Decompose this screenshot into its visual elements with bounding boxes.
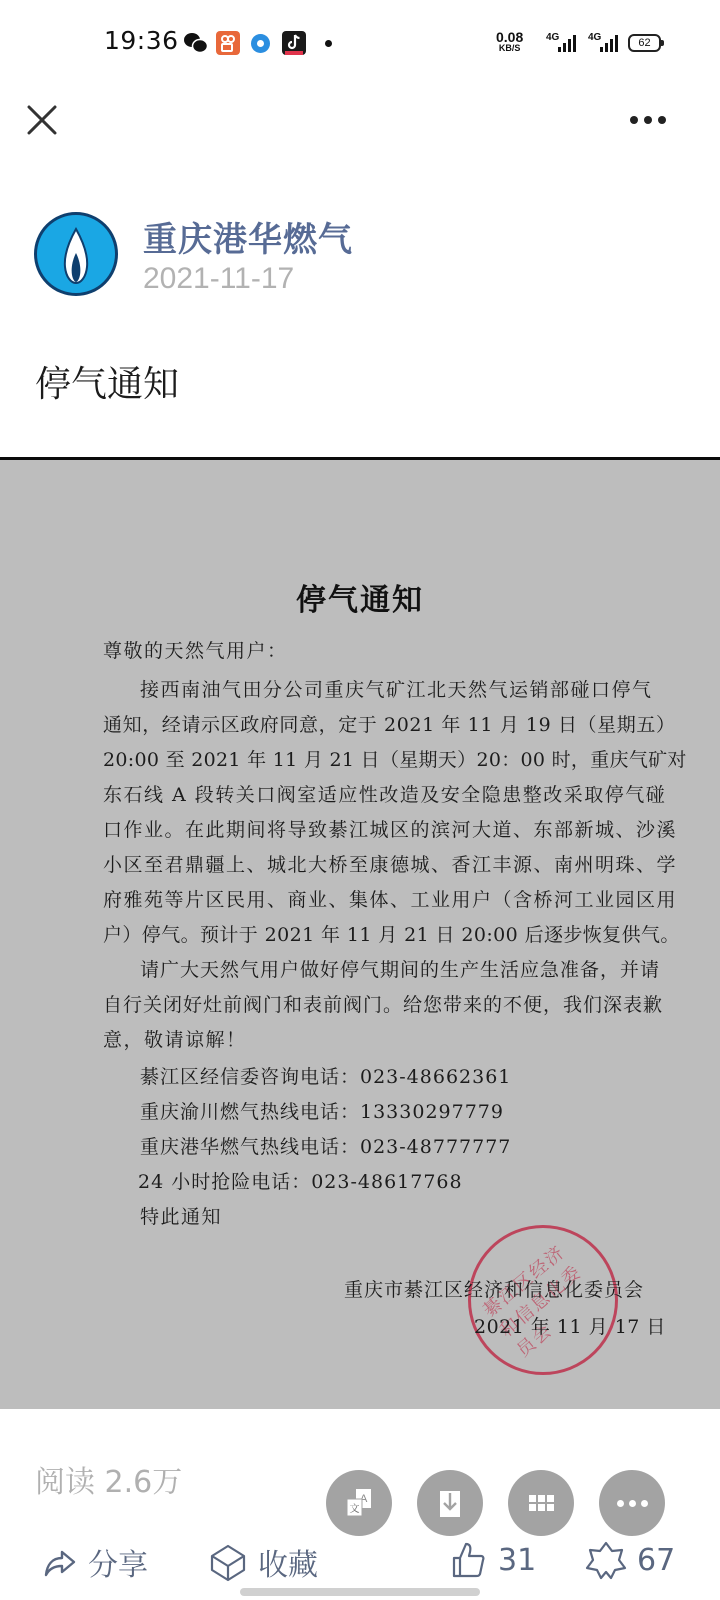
translate-button[interactable]: A 文 <box>326 1470 392 1536</box>
favorite-button[interactable]: 收藏 <box>208 1540 318 1584</box>
document-line: 接西南油气田分公司重庆气矿江北天然气运销部碰口停气 <box>140 675 653 702</box>
notice-document-image[interactable]: 停气通知 尊敬的天然气用户： 接西南油气田分公司重庆气矿江北天然气运销部碰口停气… <box>0 457 720 1409</box>
battery-icon: 62 <box>628 34 661 52</box>
favorite-cube-icon <box>208 1542 248 1582</box>
document-line: 府雅苑等片区民用、商业、集体、工业用户（含桥河工业园区用 <box>103 885 677 912</box>
document-line: 意，敬请谅解！ <box>103 1025 247 1052</box>
status-bar: 19:36 0.08 KB/S 4G 4G 62 <box>0 0 720 80</box>
signature-date: 2021 年 11 月 17 日 <box>474 1312 666 1339</box>
contact-line: 重庆港华燃气热线电话：023-48777777 <box>140 1132 511 1159</box>
wow-button[interactable]: 67 <box>585 1540 675 1580</box>
close-icon <box>24 102 60 138</box>
tiktok-icon <box>282 31 306 55</box>
apps-button[interactable] <box>508 1470 574 1536</box>
network-speed: 0.08 KB/S <box>496 30 523 53</box>
like-button[interactable]: 31 <box>448 1540 536 1580</box>
more-button[interactable] <box>624 105 672 135</box>
post-date: 2021-11-17 <box>143 262 294 296</box>
document-line: 户）停气。预计于 2021 年 11 月 21 日 20:00 后逐步恢复供气。 <box>103 920 680 947</box>
wow-flower-icon <box>585 1540 627 1580</box>
document-line: 自行关闭好灶前阀门和表前阀门。给您带来的不便，我们深表歉 <box>103 990 663 1017</box>
more-options-button[interactable] <box>599 1470 665 1536</box>
document-line: 尊敬的天然气用户： <box>103 636 288 663</box>
account-name[interactable]: 重庆港华燃气 <box>143 212 353 261</box>
read-count: 阅读 2.6万 <box>35 1457 182 1501</box>
download-button[interactable] <box>417 1470 483 1536</box>
signature-org: 重庆市綦江区经济和信息化委员会 <box>344 1275 644 1302</box>
document-line: 小区至君鼎疆上、城北大桥至康德城、香江丰源、南州明珠、学 <box>103 850 677 877</box>
more-notifications-dot <box>325 40 332 47</box>
account-avatar[interactable] <box>34 212 118 296</box>
document-title: 停气通知 <box>0 575 720 619</box>
share-icon <box>42 1544 78 1580</box>
status-time: 19:36 <box>104 26 179 55</box>
svg-text:文: 文 <box>350 1503 360 1515</box>
grid-icon <box>523 1485 559 1521</box>
document-line: 口作业。在此期间将导致綦江城区的滨河大道、东部新城、沙溪 <box>103 815 677 842</box>
gas-flame-icon <box>37 215 115 293</box>
circle-app-icon <box>251 34 270 53</box>
kuaishou-icon <box>216 31 240 55</box>
more-icon <box>617 1500 624 1507</box>
share-button[interactable]: 分享 <box>42 1540 148 1584</box>
home-indicator[interactable] <box>240 1588 480 1596</box>
article-title: 停气通知 <box>35 356 179 407</box>
translate-icon: A 文 <box>339 1483 379 1523</box>
contact-line: 重庆渝川燃气热线电话：13330297779 <box>140 1097 504 1124</box>
contact-line: 24 小时抢险电话：023-48617768 <box>138 1167 463 1194</box>
download-icon <box>432 1485 468 1521</box>
document-line: 特此通知 <box>140 1202 222 1229</box>
close-button[interactable] <box>24 102 60 138</box>
document-line: 请广大天然气用户做好停气期间的生产生活应急准备，并请 <box>140 955 660 982</box>
contact-line: 綦江区经信委咨询电话：023-48662361 <box>140 1062 511 1089</box>
thumbs-up-icon <box>448 1540 488 1580</box>
document-line: 东石线 A 段转关口阀室适应性改造及安全隐患整改采取停气碰 <box>103 780 666 807</box>
wechat-icon <box>183 31 207 55</box>
document-line: 通知，经请示区政府同意，定于 2021 年 11 月 19 日（星期五） <box>103 710 676 737</box>
document-line: 20:00 至 2021 年 11 月 21 日（星期天）20：00 时，重庆气… <box>103 745 687 772</box>
more-icon-dot <box>630 116 638 124</box>
